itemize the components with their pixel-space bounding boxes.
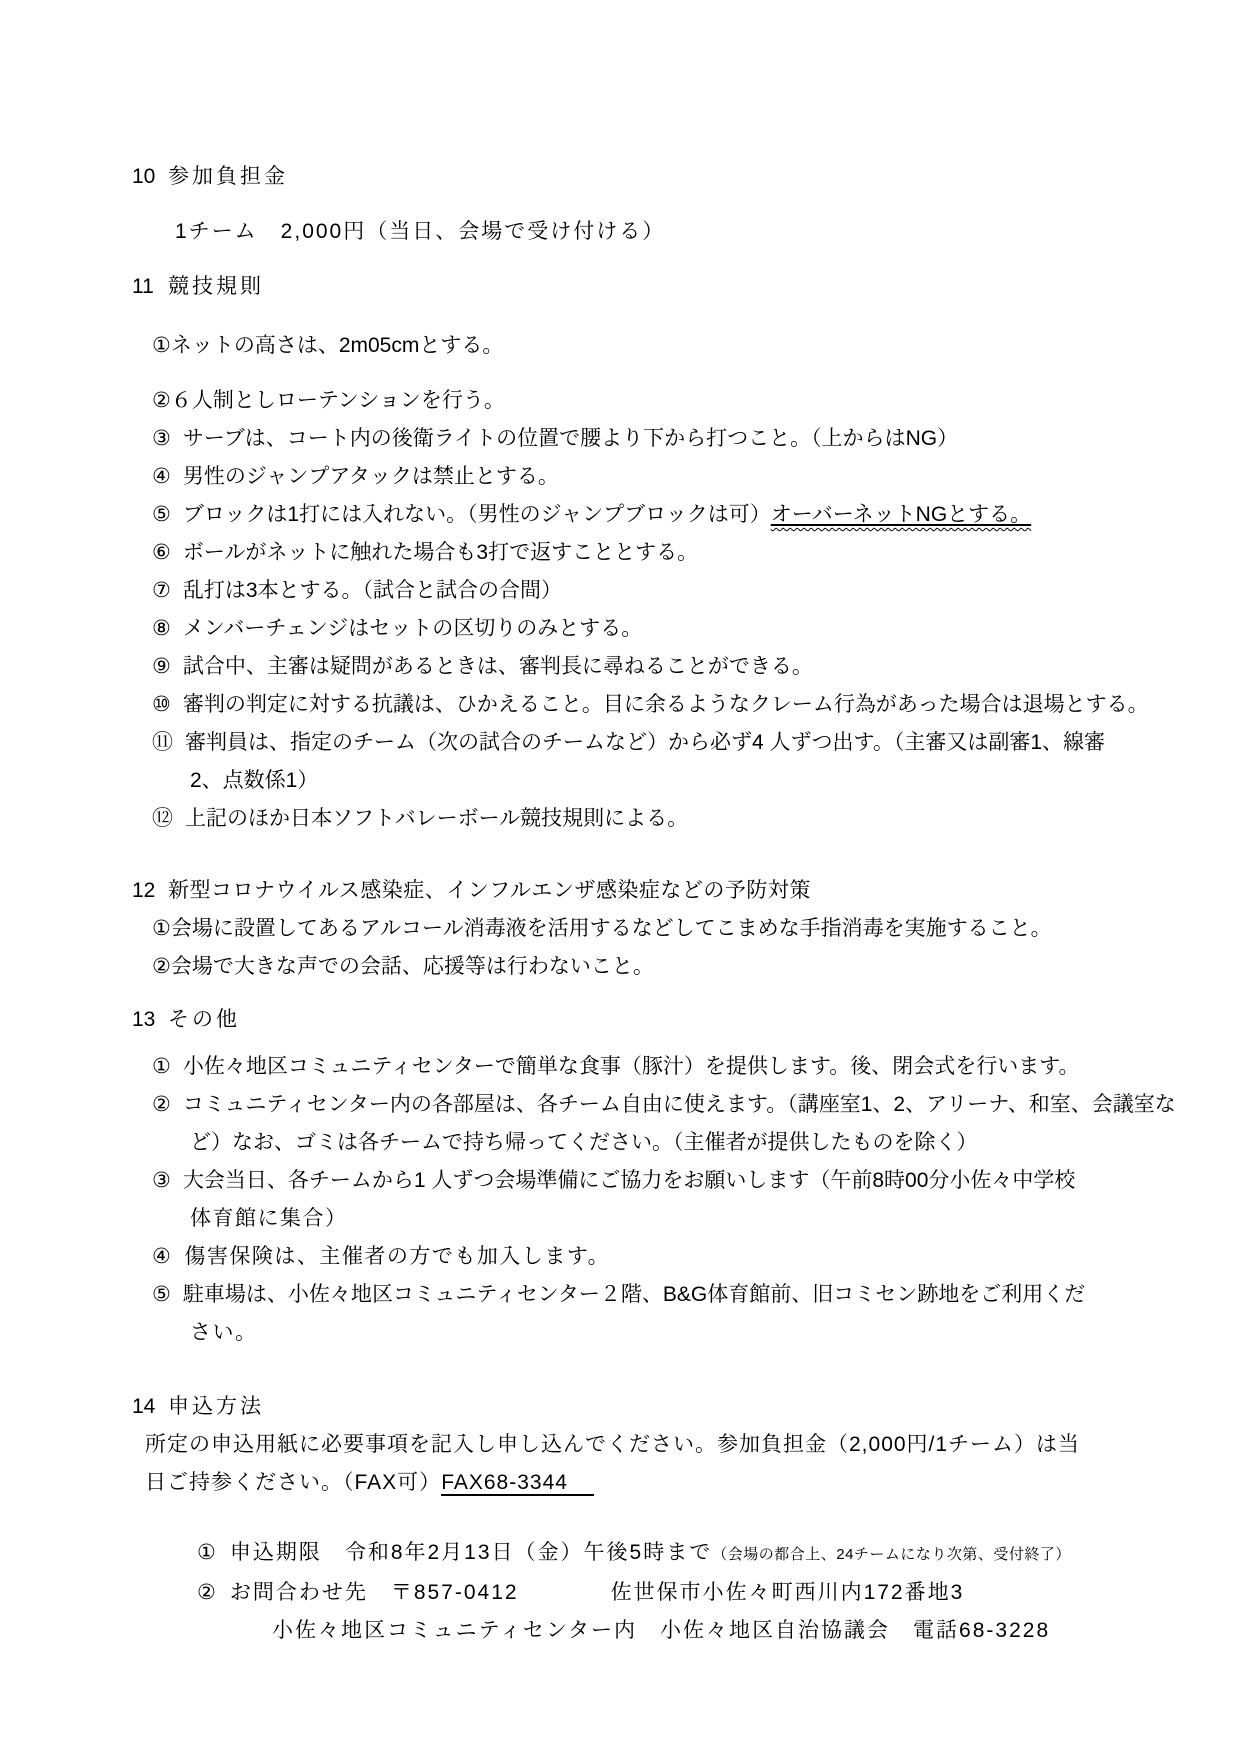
rule-item-10: ⑩審判の判定に対する抗議は、ひかえること。目に余るようなクレーム行為があった場合… [152, 686, 1191, 724]
rule-item-11-text: 審判員は、指定のチーム（次の試合のチームなど）から必ず4 人ずつ出す。（主審又は… [185, 731, 1105, 754]
circled-number-10: ⑩ [152, 693, 171, 716]
other-item-4: ④傷害保険は、主催者の方でも加入します。 [152, 1238, 1191, 1276]
rule-item-3: ③サーブは、コート内の後衛ライトの位置で腰より下から打つこと。（上からはNG） [152, 420, 1191, 458]
rule-item-11-continuation: 2、点数係1） [190, 762, 1191, 800]
contact-text: お問合わせ先 〒857-0412 佐世保市小佐々町西川内172番地3 [230, 1581, 964, 1604]
circled-number-3: ③ [152, 1169, 171, 1192]
rule-item-10-text: 審判の判定に対する抗議は、ひかえること。目に余るようなクレーム行為があった場合は… [183, 693, 1149, 716]
section-10-title: 参加負担金 [168, 165, 288, 188]
circled-number-5: ⑤ [152, 503, 171, 526]
circled-number-11: ⑪ [152, 731, 173, 754]
circled-number-9: ⑨ [152, 655, 171, 678]
circled-number-1: ① [152, 334, 171, 357]
rule-item-9-text: 試合中、主審は疑問があるときは、審判長に尋ねることができる。 [183, 655, 813, 678]
other-item-5: ⑤駐車場は、小佐々地区コミュニティセンター２階、B&G体育館前、旧コミセン跡地を… [152, 1276, 1191, 1314]
application-paragraph-line-1: 所定の申込用紙に必要事項を記入し申し込んでください。参加負担金（2,000円/1… [145, 1426, 1191, 1464]
contact-continuation: 小佐々地区コミュニティセンター内 小佐々地区自治協議会 電話68-3228 [272, 1612, 1191, 1650]
other-item-2-continuation: ど）なお、ゴミは各チームで持ち帰ってください。（主催者が提供したものを除く） [190, 1124, 1191, 1162]
section-14-number: 14 [132, 1388, 168, 1426]
section-11-title: 競技規則 [168, 275, 264, 298]
covid-item-1: ①会場に設置してあるアルコール消毒液を活用するなどしてこまめな手指消毒を実施する… [152, 910, 1191, 948]
rule-item-5-underlined: オーバーネットNGとする。 [771, 503, 1031, 526]
rule-item-12-text: 上記のほか日本ソフトバレーボール競技規則による。 [185, 807, 688, 830]
circled-number-8: ⑧ [152, 617, 171, 640]
circled-number-2: ② [197, 1581, 218, 1604]
rule-item-8: ⑧メンバーチェンジはセットの区切りのみとする。 [152, 610, 1191, 648]
other-item-1: ①小佐々地区コミュニティセンターで簡単な食事（豚汁）を提供します。後、閉会式を行… [152, 1048, 1191, 1086]
circled-number-1: ① [197, 1541, 218, 1564]
section-11-heading: 11競技規則 [132, 268, 1191, 306]
circled-number-2: ② [152, 955, 171, 978]
other-item-3-text: 大会当日、各チームから1 人ずつ会場準備にご協力をお願いします（午前8時00分小… [183, 1169, 1076, 1192]
deadline-text: 申込期限 令和8年2月13日（金）午後5時まで [230, 1541, 712, 1564]
rule-item-6-text: ボールがネットに触れた場合も3打で返すこととする。 [183, 541, 698, 564]
rule-item-7-text: 乱打は3本とする。（試合と試合の合間） [183, 579, 562, 602]
rule-item-6: ⑥ボールがネットに触れた場合も3打で返すこととする。 [152, 534, 1191, 572]
fax-number: FAX68-3344 [441, 1471, 594, 1496]
rule-item-2: ②６人制としローテンションを行う。 [152, 382, 1191, 420]
rule-item-2-text: ６人制としローテンションを行う。 [171, 389, 505, 412]
rule-item-7: ⑦乱打は3本とする。（試合と試合の合間） [152, 572, 1191, 610]
section-12-heading: 12新型コロナウイルス感染症、インフルエンザ感染症などの予防対策 [132, 872, 1191, 910]
section-13-number: 13 [132, 1001, 168, 1039]
contact-item: ②お問合わせ先 〒857-0412 佐世保市小佐々町西川内172番地3 [197, 1574, 1191, 1612]
circled-number-3: ③ [152, 427, 171, 450]
circled-number-6: ⑥ [152, 541, 171, 564]
rule-item-4-text: 男性のジャンプアタックは禁止とする。 [183, 465, 559, 488]
rule-item-4: ④男性のジャンプアタックは禁止とする。 [152, 458, 1191, 496]
section-14-title: 申込方法 [168, 1395, 264, 1418]
rule-item-1: ①ネットの高さは、2m05cmとする。 [152, 327, 1191, 365]
other-item-3: ③大会当日、各チームから1 人ずつ会場準備にご協力をお願いします（午前8時00分… [152, 1162, 1191, 1200]
circled-number-4: ④ [152, 1245, 172, 1268]
circled-number-7: ⑦ [152, 579, 171, 602]
circled-number-1: ① [152, 1055, 171, 1078]
section-10-heading: 10参加負担金 [132, 158, 1191, 196]
section-10-number: 10 [132, 158, 168, 196]
document-body: 10参加負担金 1チーム 2,000円（当日、会場で受け付ける） 11競技規則 … [0, 0, 1241, 1650]
circled-number-2: ② [152, 1093, 171, 1116]
rule-item-5-text: ブロックは1打には入れない。（男性のジャンプブロックは可） [183, 503, 771, 526]
other-item-3-continuation: 体育館に集合） [190, 1200, 1191, 1238]
document-page: { "sections": { "s10": { "number": "10",… [0, 0, 1241, 1755]
covid-item-2-text: 会場で大きな声での会話、応援等は行わないこと。 [171, 955, 654, 978]
other-item-2: ②コミュニティセンター内の各部屋は、各チーム自由に使えます。（講座室1、2、アリ… [152, 1086, 1191, 1124]
circled-number-2: ② [152, 389, 171, 412]
rule-item-9: ⑨試合中、主審は疑問があるときは、審判長に尋ねることができる。 [152, 648, 1191, 686]
other-item-5-continuation: さい。 [190, 1314, 1191, 1352]
application-paragraph-line-2: 日ご持参ください。（FAX可）FAX68-3344 [145, 1464, 1191, 1502]
application-paragraph-line-2-text: 日ご持参ください。（FAX可） [145, 1471, 441, 1494]
covid-item-2: ②会場で大きな声での会話、応援等は行わないこと。 [152, 948, 1191, 986]
deadline-note: （会場の都合上、24チームになり次第、受付終了） [712, 1546, 1071, 1563]
fee-line: 1チーム 2,000円（当日、会場で受け付ける） [175, 213, 1191, 251]
rule-item-8-text: メンバーチェンジはセットの区切りのみとする。 [183, 617, 642, 640]
other-item-4-text: 傷害保険は、主催者の方でも加入します。 [184, 1245, 610, 1268]
rule-item-5: ⑤ブロックは1打には入れない。（男性のジャンプブロックは可）オーバーネットNGと… [152, 496, 1191, 534]
other-item-2-text: コミュニティセンター内の各部屋は、各チーム自由に使えます。（講座室1、2、アリー… [183, 1093, 1176, 1116]
circled-number-12: ⑫ [152, 807, 173, 830]
circled-number-1: ① [152, 917, 171, 940]
section-12-title: 新型コロナウイルス感染症、インフルエンザ感染症などの予防対策 [168, 879, 811, 902]
circled-number-4: ④ [152, 465, 171, 488]
section-13-heading: 13その他 [132, 1001, 1191, 1039]
rule-item-3-text: サーブは、コート内の後衛ライトの位置で腰より下から打つこと。（上からはNG） [183, 427, 958, 450]
rule-item-12: ⑫上記のほか日本ソフトバレーボール競技規則による。 [152, 800, 1191, 838]
other-item-5-text: 駐車場は、小佐々地区コミュニティセンター２階、B&G体育館前、旧コミセン跡地をご… [183, 1283, 1085, 1306]
section-11-number: 11 [132, 268, 168, 306]
section-14-heading: 14申込方法 [132, 1388, 1191, 1426]
other-item-1-text: 小佐々地区コミュニティセンターで簡単な食事（豚汁）を提供します。後、閉会式を行い… [183, 1055, 1080, 1078]
section-12-number: 12 [132, 872, 168, 910]
deadline-item: ①申込期限 令和8年2月13日（金）午後5時まで（会場の都合上、24チームになり… [197, 1534, 1191, 1574]
circled-number-5: ⑤ [152, 1283, 171, 1306]
rule-item-1-text: ネットの高さは、2m05cmとする。 [171, 334, 504, 357]
covid-item-1-text: 会場に設置してあるアルコール消毒液を活用するなどしてこまめな手指消毒を実施するこ… [171, 917, 1052, 940]
rule-item-11: ⑪審判員は、指定のチーム（次の試合のチームなど）から必ず4 人ずつ出す。（主審又… [152, 724, 1191, 762]
section-13-title: その他 [168, 1008, 240, 1031]
